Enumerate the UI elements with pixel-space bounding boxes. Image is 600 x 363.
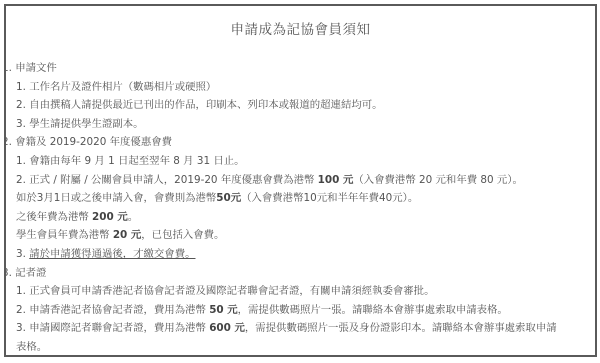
document-frame: 申請成為記協會員須知 1. 申請文件 1. 工作名片及證件相片（數碼相片或硬照）… — [4, 4, 597, 357]
list-item-continuation: 如於3月1日或之後申請入會，會費則為港幣50元（入會費港幣10元和半年年費40元… — [4, 189, 591, 208]
section-heading: 2. 會籍及 2019-2020 年度優惠會費 — [4, 133, 591, 152]
fee-amount: 20 元 — [113, 229, 141, 241]
fee-amount: 100 元 — [318, 174, 354, 186]
section-heading: 1. 申請文件 — [4, 59, 591, 78]
fee-amount: 50 元 — [209, 304, 237, 316]
document-body: 1. 申請文件 1. 工作名片及證件相片（數碼相片或硬照） 2. 自由撰稿人請提… — [4, 59, 591, 357]
list-item: 3. 學生請提供學生證副本。 — [4, 115, 591, 134]
list-item: 3. 申請國際記者聯會記者證，費用為港幣 600 元，需提供數碼照片一張及身份證… — [4, 319, 591, 338]
list-item: 2. 申請香港記者協會記者證，費用為港幣 50 元，需提供數碼照片一張。請聯絡本… — [4, 301, 591, 320]
section-press-card: 3. 記者證 1. 正式會員可申請香港記者協會記者證及國際記者聯會記者證，有關申… — [4, 264, 591, 357]
payment-notice: 請於申請獲得通過後，才繳交會費。 — [29, 248, 195, 260]
list-item: 1. 正式會員可申請香港記者協會記者證及國際記者聯會記者證，有關申請須經執委會審… — [4, 282, 591, 301]
section-application-documents: 1. 申請文件 1. 工作名片及證件相片（數碼相片或硬照） 2. 自由撰稿人請提… — [4, 59, 591, 133]
section-heading: 3. 記者證 — [4, 264, 591, 283]
list-item-continuation: 之後年費為港幣 200 元。 — [4, 208, 591, 227]
list-item: 1. 工作名片及證件相片（數碼相片或硬照） — [4, 78, 591, 97]
list-item: 2. 自由撰稿人請提供最近已刊出的作品，印刷本、列印本或報道的超連結均可。 — [4, 96, 591, 115]
section-membership-fees: 2. 會籍及 2019-2020 年度優惠會費 1. 會籍由每年 9 月 1 日… — [4, 133, 591, 263]
list-item-continuation: 表格。 — [4, 338, 591, 357]
fee-amount: 600 元 — [209, 322, 245, 334]
page-title: 申請成為記協會員須知 — [6, 18, 595, 38]
list-item: 2. 正式 / 附屬 / 公關會員申請人，2019-20 年度優惠會費為港幣 1… — [4, 171, 591, 190]
list-item: 1. 會籍由每年 9 月 1 日起至翌年 8 月 31 日止。 — [4, 152, 591, 171]
list-item-continuation: 學生會員年費為港幣 20 元，已包括入會費。 — [4, 226, 591, 245]
list-item: 3. 請於申請獲得通過後，才繳交會費。 — [4, 245, 591, 264]
fee-amount: 200 元 — [92, 211, 128, 223]
fee-amount: 50元 — [216, 192, 241, 204]
